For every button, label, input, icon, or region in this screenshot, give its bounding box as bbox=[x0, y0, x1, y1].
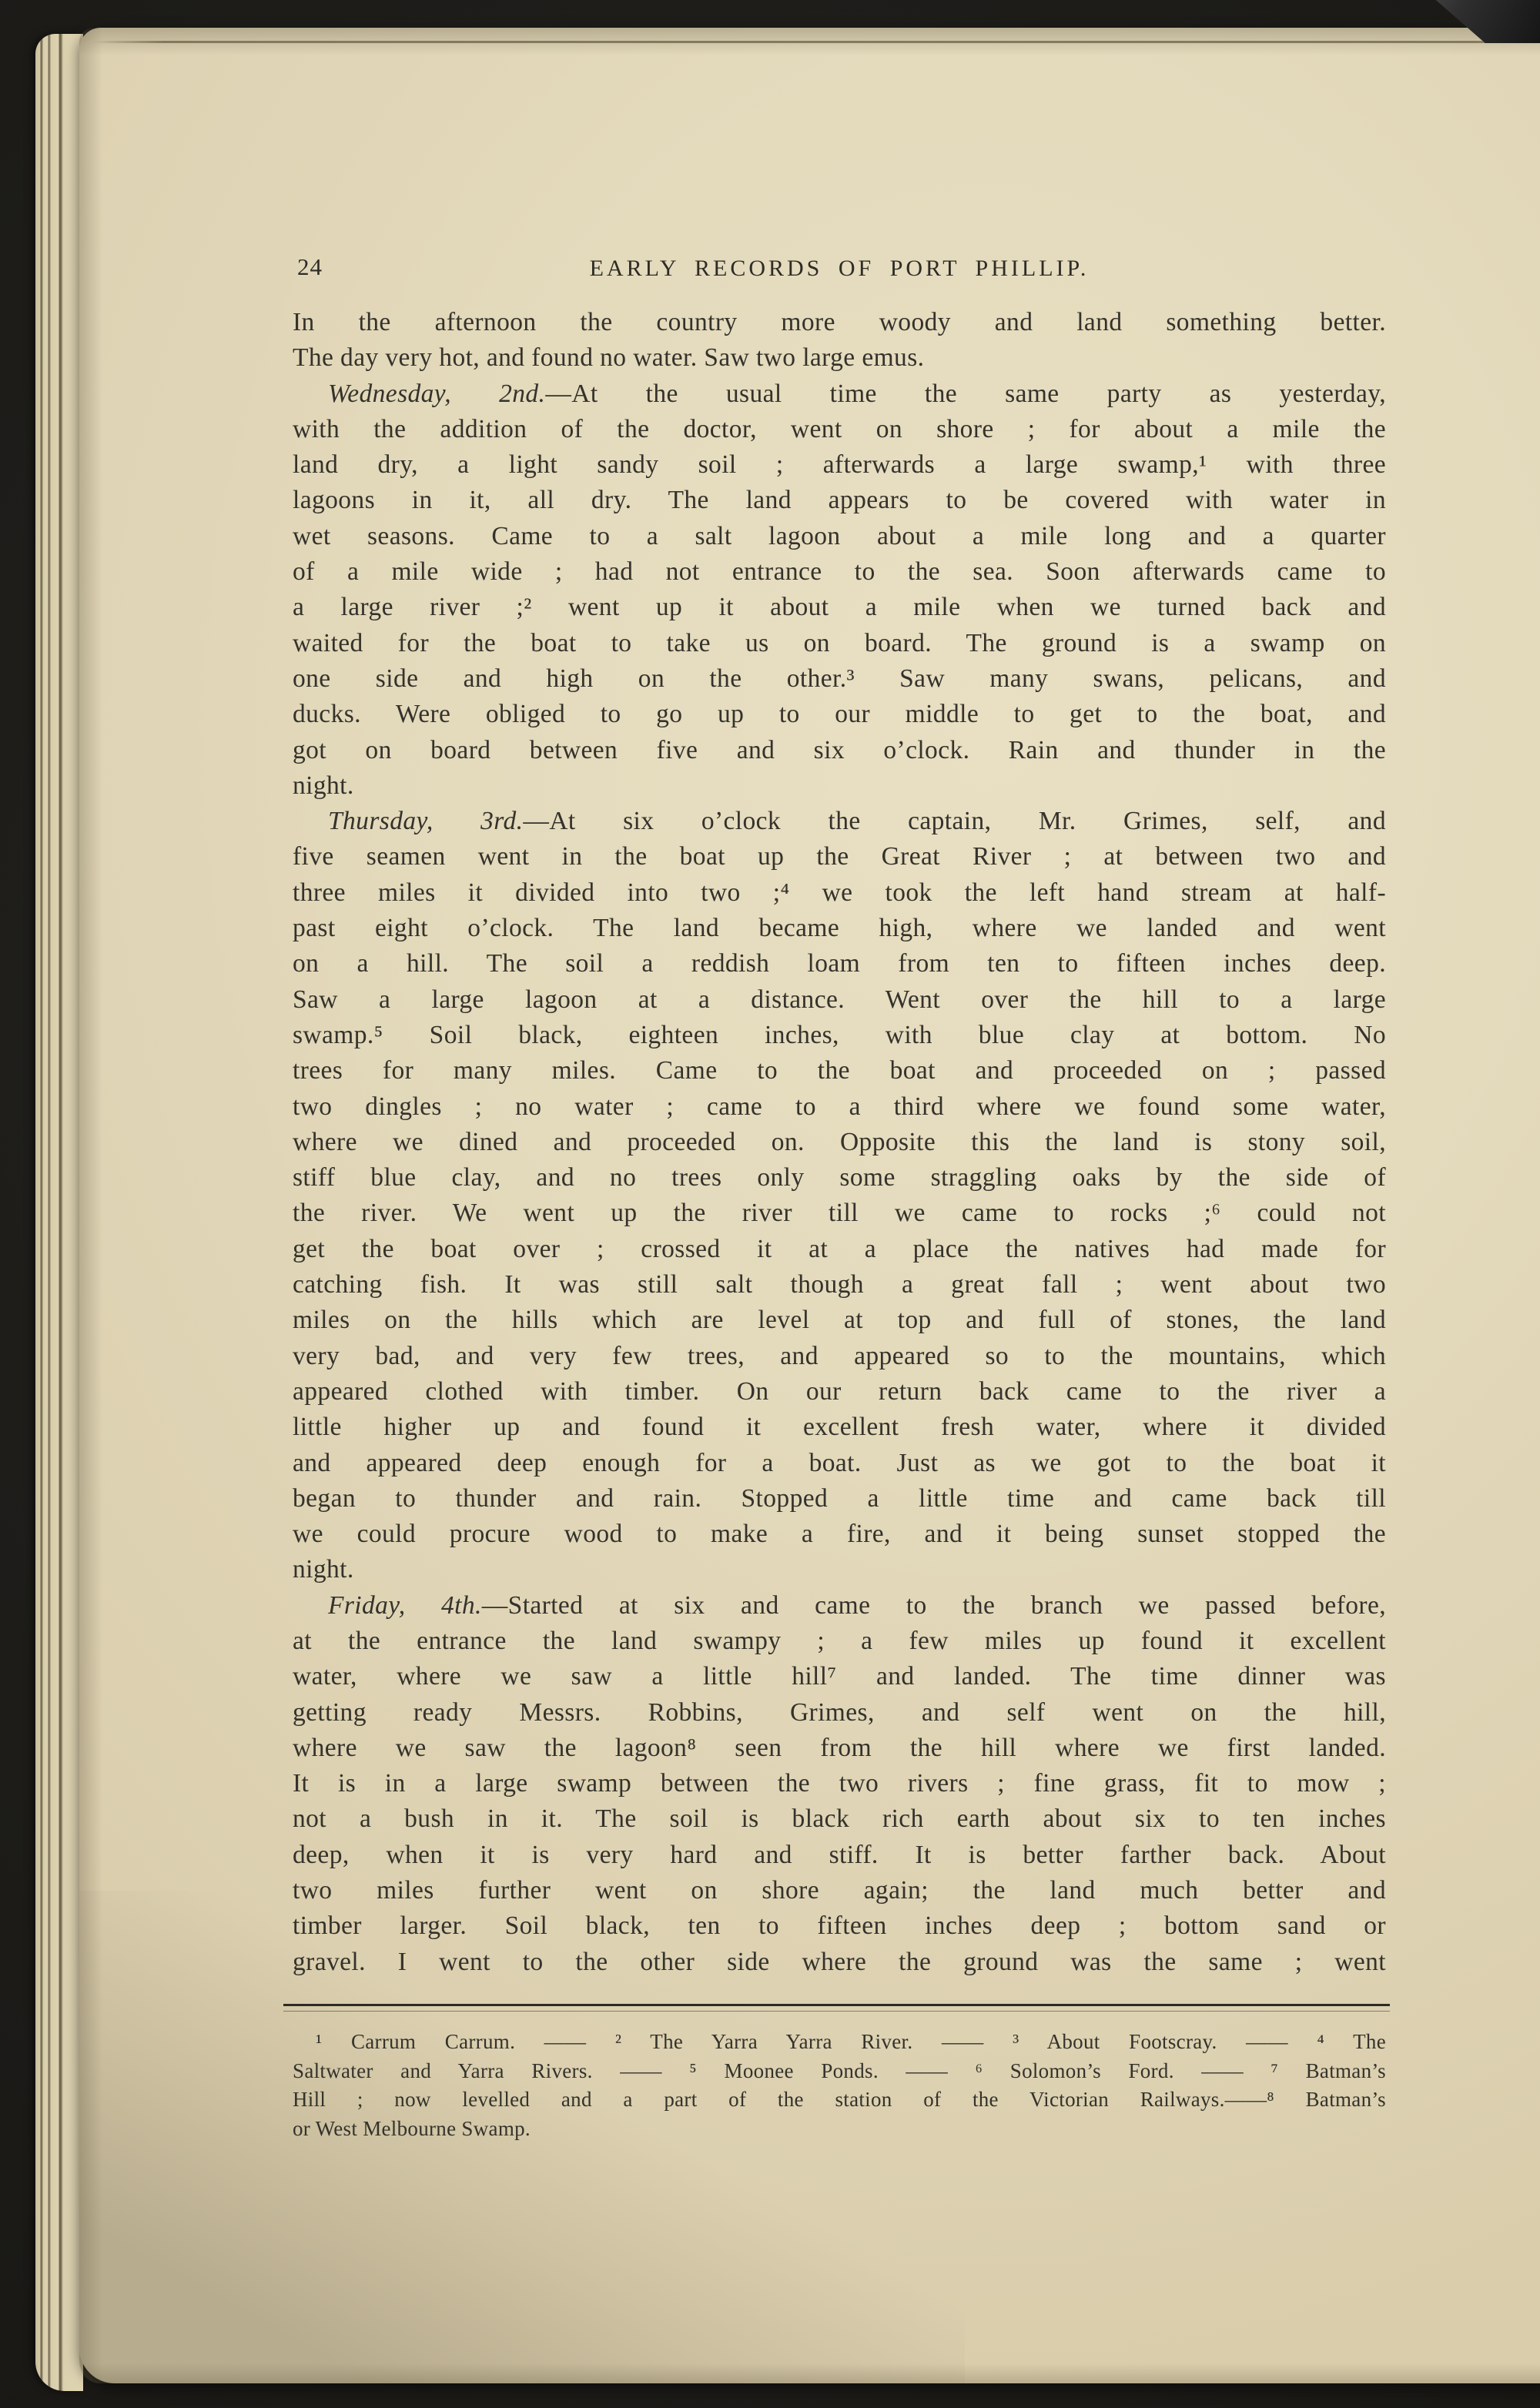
footnotes: ¹ Carrum Carrum. —— ² The Yarra Yarra Ri… bbox=[293, 2028, 1386, 2143]
text-line: stiff blue clay, and no trees only some … bbox=[293, 1160, 1386, 1196]
text-line-content: water, where we saw a little hill⁷ and l… bbox=[293, 1662, 1386, 1691]
bottom-shadow bbox=[79, 2363, 1540, 2383]
text-line-content: ducks. Were obliged to go up to our midd… bbox=[293, 700, 1386, 728]
running-header: EARLY RECORDS OF PORT PHILLIP. bbox=[293, 254, 1386, 283]
text-line-content: three miles it divided into two ;⁴ we to… bbox=[293, 878, 1386, 907]
text-line-content: catching fish. It was still salt though … bbox=[293, 1270, 1386, 1299]
text-line-content: two dingles ; no water ; came to a third… bbox=[293, 1092, 1386, 1121]
text-line: water, where we saw a little hill⁷ and l… bbox=[293, 1659, 1386, 1694]
body-text: In the afternoon the country more woody … bbox=[293, 305, 1386, 1980]
text-line-content: timber larger. Soil black, ten to fiftee… bbox=[293, 1911, 1386, 1940]
text-line: got on board between five and six o’cloc… bbox=[293, 733, 1386, 768]
text-line-content: and appeared deep enough for a boat. Jus… bbox=[293, 1449, 1386, 1477]
text-line-content: a large river ;² went up it about a mile… bbox=[293, 593, 1386, 621]
text-line: catching fish. It was still salt though … bbox=[293, 1267, 1386, 1303]
text-line: The day very hot, and found no water. Sa… bbox=[293, 340, 1386, 376]
text-line-content: where we dined and proceeded on. Opposit… bbox=[293, 1128, 1386, 1156]
footnote-line: Saltwater and Yarra Rivers. —— ⁵ Moonee … bbox=[293, 2057, 1386, 2086]
text-line: and appeared deep enough for a boat. Jus… bbox=[293, 1446, 1386, 1481]
text-line: Wednesday, 2nd.—At the usual time the sa… bbox=[293, 376, 1386, 412]
text-line-content: night. bbox=[293, 771, 354, 800]
photo-background: 24 EARLY RECORDS OF PORT PHILLIP. In the… bbox=[0, 0, 1540, 2408]
text-line-content: five seamen went in the boat up the Grea… bbox=[293, 842, 1386, 871]
text-line-content: one side and high on the other.³ Saw man… bbox=[293, 664, 1386, 693]
text-line: appeared clothed with timber. On our ret… bbox=[293, 1374, 1386, 1410]
text-line: waited for the boat to take us on board.… bbox=[293, 626, 1386, 661]
text-line: five seamen went in the boat up the Grea… bbox=[293, 839, 1386, 875]
text-line: past eight o’clock. The land became high… bbox=[293, 911, 1386, 946]
text-line: deep, when it is very hard and stiff. It… bbox=[293, 1838, 1386, 1873]
footnote-line: or West Melbourne Swamp. bbox=[293, 2115, 1386, 2144]
text-line-content: It is in a large swamp between the two r… bbox=[293, 1769, 1386, 1798]
text-line-content: swamp.⁵ Soil black, eighteen inches, wit… bbox=[293, 1021, 1386, 1049]
text-line: we could procure wood to make a fire, an… bbox=[293, 1517, 1386, 1552]
footnote-line-content: Hill ; now levelled and a part of the st… bbox=[293, 2088, 1386, 2111]
text-line: Saw a large lagoon at a distance. Went o… bbox=[293, 982, 1386, 1018]
footnote-line-content: Saltwater and Yarra Rivers. —— ⁵ Moonee … bbox=[293, 2059, 1386, 2082]
text-line: where we dined and proceeded on. Opposit… bbox=[293, 1125, 1386, 1160]
text-line-content: on a hill. The soil a reddish loam from … bbox=[293, 949, 1386, 978]
text-line: It is in a large swamp between the two r… bbox=[293, 1766, 1386, 1801]
text-line: miles on the hills which are level at to… bbox=[293, 1303, 1386, 1338]
book-page-stack-edges bbox=[35, 34, 83, 2391]
date-lead-italic: Wednesday, 2nd. bbox=[328, 380, 545, 408]
book-page: 24 EARLY RECORDS OF PORT PHILLIP. In the… bbox=[79, 28, 1540, 2383]
text-line-content: stiff blue clay, and no trees only some … bbox=[293, 1163, 1386, 1192]
text-line-content: with the addition of the doctor, went on… bbox=[293, 415, 1386, 443]
text-line-content: lagoons in it, all dry. The land appears… bbox=[293, 486, 1386, 514]
text-line: Thursday, 3rd.—At six o’clock the captai… bbox=[293, 804, 1386, 839]
text-line: very bad, and very few trees, and appear… bbox=[293, 1339, 1386, 1374]
text-line-content: waited for the boat to take us on board.… bbox=[293, 629, 1386, 657]
text-line: at the entrance the land swampy ; a few … bbox=[293, 1624, 1386, 1659]
text-line-content: began to thunder and rain. Stopped a lit… bbox=[293, 1484, 1386, 1513]
text-line: lagoons in it, all dry. The land appears… bbox=[293, 483, 1386, 518]
text-line: little higher up and found it excellent … bbox=[293, 1410, 1386, 1445]
text-line-content: getting ready Messrs. Robbins, Grimes, a… bbox=[293, 1698, 1386, 1727]
text-line-content: deep, when it is very hard and stiff. It… bbox=[293, 1841, 1386, 1869]
text-line-content: miles on the hills which are level at to… bbox=[293, 1306, 1386, 1334]
top-shadow bbox=[79, 28, 1540, 55]
text-line-content: In the afternoon the country more woody … bbox=[293, 308, 1386, 336]
text-line-content: where we saw the lagoon⁸ seen from the h… bbox=[293, 1734, 1386, 1762]
footnote-line: ¹ Carrum Carrum. —— ² The Yarra Yarra Ri… bbox=[293, 2028, 1386, 2057]
text-line: the river. We went up the river till we … bbox=[293, 1196, 1386, 1231]
footnote-line-content: or West Melbourne Swamp. bbox=[293, 2117, 531, 2140]
text-line: night. bbox=[293, 768, 1386, 804]
text-line: timber larger. Soil black, ten to fiftee… bbox=[293, 1908, 1386, 1944]
text-line: gravel. I went to the other side where t… bbox=[293, 1945, 1386, 1980]
text-line: one side and high on the other.³ Saw man… bbox=[293, 661, 1386, 697]
text-line: swamp.⁵ Soil black, eighteen inches, wit… bbox=[293, 1018, 1386, 1053]
text-line-content: appeared clothed with timber. On our ret… bbox=[293, 1377, 1386, 1406]
text-line-content: two miles further went on shore again; t… bbox=[293, 1876, 1386, 1905]
text-line: where we saw the lagoon⁸ seen from the h… bbox=[293, 1731, 1386, 1766]
text-line: land dry, a light sandy soil ; afterward… bbox=[293, 447, 1386, 483]
text-line: two miles further went on shore again; t… bbox=[293, 1873, 1386, 1908]
text-line-content: get the boat over ; crossed it at a plac… bbox=[293, 1235, 1386, 1263]
text-line: not a bush in it. The soil is black rich… bbox=[293, 1801, 1386, 1837]
text-line-content: Saw a large lagoon at a distance. Went o… bbox=[293, 985, 1386, 1014]
text-line-content: —At six o’clock the captain, Mr. Grimes,… bbox=[523, 807, 1386, 835]
text-line: get the boat over ; crossed it at a plac… bbox=[293, 1232, 1386, 1267]
text-line: two dingles ; no water ; came to a third… bbox=[293, 1089, 1386, 1125]
text-line: with the addition of the doctor, went on… bbox=[293, 412, 1386, 447]
text-line-content: not a bush in it. The soil is black rich… bbox=[293, 1804, 1386, 1833]
text-line: on a hill. The soil a reddish loam from … bbox=[293, 946, 1386, 982]
text-line: trees for many miles. Came to the boat a… bbox=[293, 1053, 1386, 1089]
text-line: ducks. Were obliged to go up to our midd… bbox=[293, 697, 1386, 732]
text-line-content: wet seasons. Came to a salt lagoon about… bbox=[293, 522, 1386, 550]
text-line-content: of a mile wide ; had not entrance to the… bbox=[293, 557, 1386, 586]
text-line-content: The day very hot, and found no water. Sa… bbox=[293, 343, 924, 372]
text-line: wet seasons. Came to a salt lagoon about… bbox=[293, 519, 1386, 554]
date-lead-italic: Thursday, 3rd. bbox=[328, 807, 523, 835]
text-line: a large river ;² went up it about a mile… bbox=[293, 590, 1386, 625]
text-line-content: —Started at six and came to the branch w… bbox=[482, 1591, 1386, 1620]
text-line-content: we could procure wood to make a fire, an… bbox=[293, 1520, 1386, 1548]
text-line-content: past eight o’clock. The land became high… bbox=[293, 914, 1386, 942]
text-line: three miles it divided into two ;⁴ we to… bbox=[293, 875, 1386, 911]
text-line-content: little higher up and found it excellent … bbox=[293, 1413, 1386, 1441]
text-line: night. bbox=[293, 1552, 1386, 1587]
footnote-line: Hill ; now levelled and a part of the st… bbox=[293, 2085, 1386, 2115]
text-line-content: trees for many miles. Came to the boat a… bbox=[293, 1056, 1386, 1085]
text-line: began to thunder and rain. Stopped a lit… bbox=[293, 1481, 1386, 1517]
text-line: of a mile wide ; had not entrance to the… bbox=[293, 554, 1386, 590]
text-line-content: land dry, a light sandy soil ; afterward… bbox=[293, 450, 1386, 479]
text-line-content: night. bbox=[293, 1555, 354, 1584]
text-line-content: at the entrance the land swampy ; a few … bbox=[293, 1627, 1386, 1655]
text-line-content: gravel. I went to the other side where t… bbox=[293, 1948, 1386, 1976]
footnote-line-content: ¹ Carrum Carrum. —— ² The Yarra Yarra Ri… bbox=[316, 2030, 1386, 2053]
text-line-content: the river. We went up the river till we … bbox=[293, 1199, 1386, 1227]
text-line: Friday, 4th.—Started at six and came to … bbox=[293, 1588, 1386, 1624]
text-line-content: got on board between five and six o’cloc… bbox=[293, 736, 1386, 764]
text-line-content: —At the usual time the same party as yes… bbox=[545, 380, 1386, 408]
text-line: In the afternoon the country more woody … bbox=[293, 305, 1386, 340]
date-lead-italic: Friday, 4th. bbox=[328, 1591, 482, 1620]
footnote-separator bbox=[283, 2004, 1390, 2012]
text-line-content: very bad, and very few trees, and appear… bbox=[293, 1342, 1386, 1370]
text-line: getting ready Messrs. Robbins, Grimes, a… bbox=[293, 1695, 1386, 1731]
